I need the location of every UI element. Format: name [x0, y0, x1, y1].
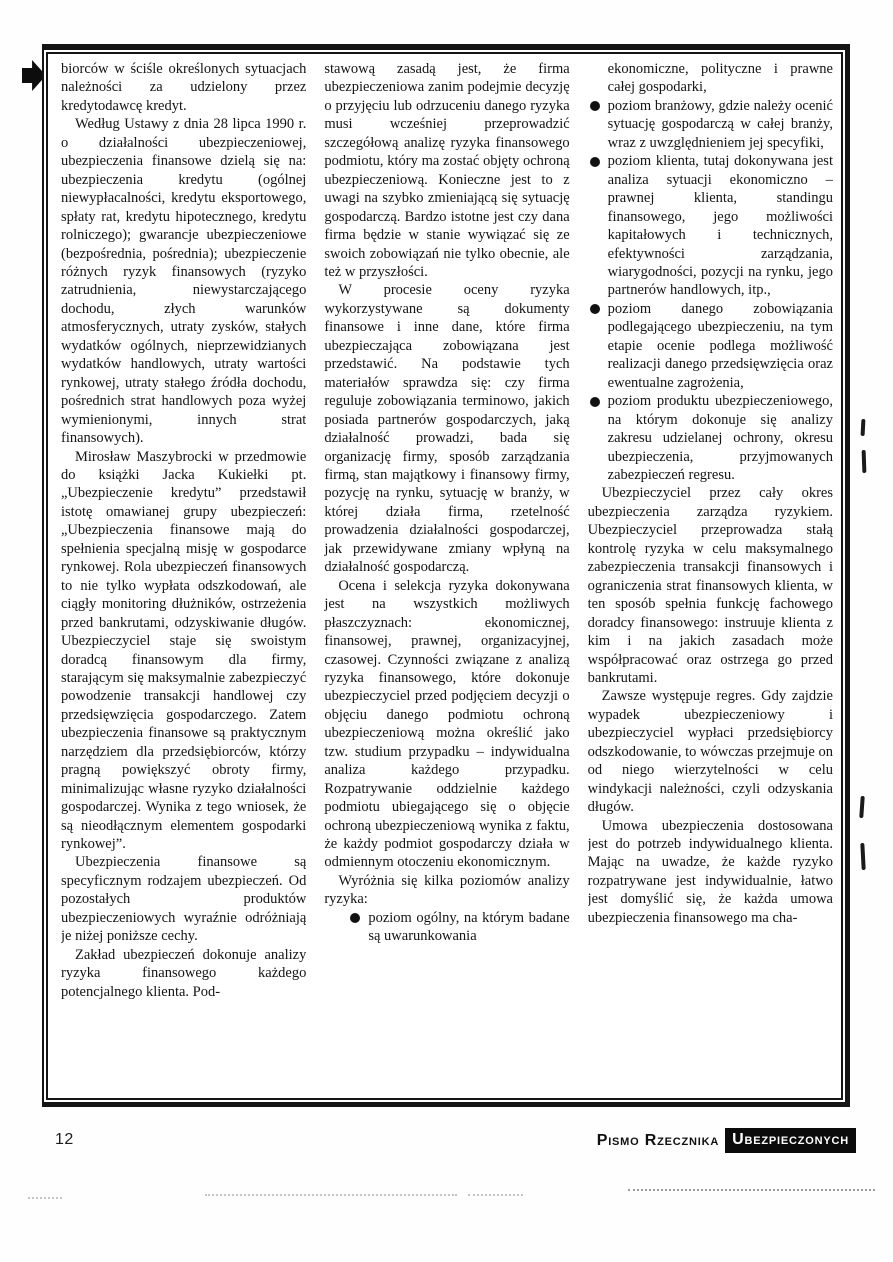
block-text: Mirosław Maszybrocki w przedmowie do ksi…	[61, 449, 306, 853]
article-frame-inner: biorców w ściśle określonych sytuacjach …	[46, 52, 843, 1100]
journal-name-highlight: Ubezpieczonych	[725, 1128, 856, 1153]
text-column-3: ekonomiczne, polityczne i prawne całej g…	[588, 60, 833, 1092]
block-text: Wyróżnia się kilka poziomów analizy ryzy…	[324, 873, 569, 907]
bullet-icon	[590, 157, 600, 167]
text-block: stawową zasadą jest, że firma ubezpiecze…	[324, 60, 569, 281]
scan-artifact-line-1	[28, 1197, 62, 1199]
block-text: poziom danego zobowiązania podlegającego…	[608, 301, 833, 391]
text-block: Wyróżnia się kilka poziomów analizy ryzy…	[324, 872, 569, 909]
journal-name: Pismo Rzecznika	[597, 1132, 719, 1150]
text-column-1: biorców w ściśle określonych sytuacjach …	[61, 60, 306, 1092]
text-block: poziom danego zobowiązania podlegającego…	[588, 300, 833, 392]
text-block: Zawsze występuje regres. Gdy zajdzie wyp…	[588, 687, 833, 816]
block-text: stawową zasadą jest, że firma ubezpiecze…	[324, 61, 569, 280]
margin-mark-3	[859, 796, 865, 818]
text-block: Ubezpieczenia finansowe są specyficznym …	[61, 853, 306, 945]
block-text: poziom klienta, tutaj dokonywana jest an…	[608, 153, 833, 298]
bullet-icon	[590, 101, 600, 111]
block-text: biorców w ściśle określonych sytuacjach …	[61, 61, 306, 114]
bullet-icon	[350, 913, 360, 923]
magazine-page: biorców w ściśle określonych sytuacjach …	[0, 0, 893, 1262]
text-block: poziom produktu ubezpieczeniowego, na kt…	[588, 392, 833, 484]
block-text: Ubezpieczenia finansowe są specyficznym …	[61, 854, 306, 944]
text-block: W procesie oceny ryzyka wykorzystywane s…	[324, 281, 569, 576]
text-block: poziom ogólny, na którym badane są uwaru…	[348, 909, 569, 946]
scan-artifact-line-2	[205, 1194, 457, 1196]
text-block: Ocena i selekcja ryzyka dokonywana jest …	[324, 577, 569, 872]
text-block: biorców w ściśle określonych sytuacjach …	[61, 60, 306, 115]
text-block: poziom branżowy, gdzie należy ocenić syt…	[588, 97, 833, 152]
block-text: Umowa ubezpieczenia dostosowana jest do …	[588, 818, 833, 926]
text-block: Mirosław Maszybrocki w przedmowie do ksi…	[61, 448, 306, 854]
text-block: Według Ustawy z dnia 28 lipca 1990 r. o …	[61, 115, 306, 447]
block-text: W procesie oceny ryzyka wykorzystywane s…	[324, 282, 569, 575]
text-block: Umowa ubezpieczenia dostosowana jest do …	[588, 817, 833, 928]
block-text: poziom ogólny, na którym badane są uwaru…	[368, 910, 569, 944]
article-columns: biorców w ściśle określonych sytuacjach …	[61, 60, 833, 1092]
text-block: Zakład ubezpieczeń dokonuje analizy ryzy…	[61, 946, 306, 1001]
bullet-icon	[590, 304, 600, 314]
margin-mark-1	[861, 419, 866, 436]
block-text: Ubezpieczyciel przez cały okres ubezpiec…	[588, 485, 833, 686]
text-block: poziom klienta, tutaj dokonywana jest an…	[588, 152, 833, 300]
text-column-2: stawową zasadą jest, że firma ubezpiecze…	[324, 60, 569, 1092]
margin-mark-2	[862, 450, 867, 473]
block-text: poziom branżowy, gdzie należy ocenić syt…	[608, 98, 833, 151]
article-frame: biorców w ściśle określonych sytuacjach …	[42, 44, 850, 1107]
block-text: Zawsze występuje regres. Gdy zajdzie wyp…	[588, 688, 833, 815]
text-block: Ubezpieczyciel przez cały okres ubezpiec…	[588, 484, 833, 687]
footer-page-number: 12	[55, 1131, 74, 1149]
block-text: Według Ustawy z dnia 28 lipca 1990 r. o …	[61, 116, 306, 446]
margin-mark-4	[860, 843, 865, 870]
text-block: ekonomiczne, polityczne i prawne całej g…	[588, 60, 833, 97]
block-text: poziom produktu ubezpieczeniowego, na kt…	[608, 393, 833, 483]
block-text: ekonomiczne, polityczne i prawne całej g…	[608, 61, 833, 95]
block-text: Ocena i selekcja ryzyka dokonywana jest …	[324, 578, 569, 871]
scan-artifact-line-3	[468, 1194, 523, 1196]
scan-artifact-line-4	[628, 1189, 875, 1191]
bullet-icon	[590, 397, 600, 407]
journal-footer: Pismo Rzecznika Ubezpieczonych	[597, 1128, 856, 1153]
block-text: Zakład ubezpieczeń dokonuje analizy ryzy…	[61, 947, 306, 1000]
